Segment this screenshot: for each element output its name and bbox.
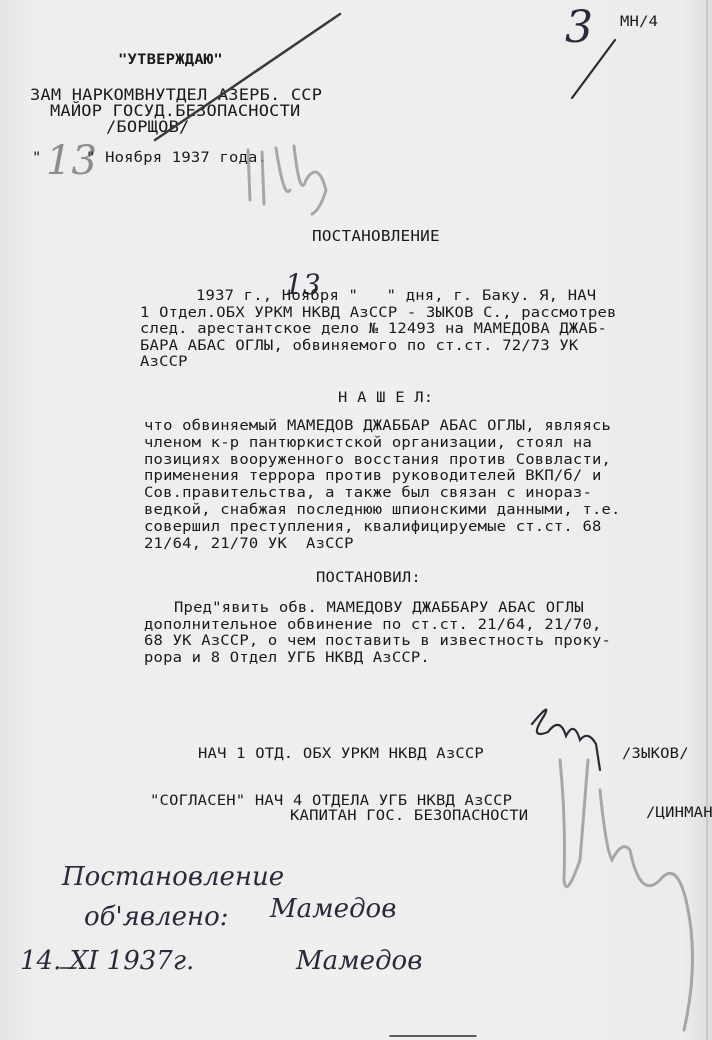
found-line: совершил преступления, квалифицируемые с…	[144, 519, 602, 535]
intro-line: БАРА АБАС ОГЛЫ, обвиняемого по ст.ст. 72…	[140, 338, 578, 354]
signatory2-name: /ЦИНМАН	[646, 805, 712, 821]
resolved-heading: ПОСТАНОВИЛ:	[316, 570, 421, 586]
intro-line: след. арестантское дело № 12493 на МАМЕД…	[140, 321, 607, 337]
document-page: 3 МН/4 "УТВЕРЖДАЮ" ЗАМ НАРКОМВНУТДЕЛ АЗЕ…	[0, 0, 712, 1040]
found-line: Сов.правительства, а также был связан с …	[144, 485, 592, 501]
found-line: ведкой, снабжая последнюю шпионскими дан…	[144, 502, 621, 518]
note-line1: Постановление	[62, 862, 284, 892]
note-line2: об'явлено:	[84, 902, 229, 932]
intro-line: 1937 г., Ноября " " дня, г. Баку. Я, НАЧ	[196, 288, 596, 304]
intro-line: АзССР	[140, 354, 188, 370]
resolved-line: дополнительное обвинение по ст.ст. 21/64…	[144, 617, 602, 633]
tsinman-signature	[560, 760, 693, 1030]
resolved-line: Пред"явить обв. МАМЕДОВУ ДЖАББАРУ АБАС О…	[174, 600, 584, 616]
approval-date-quote: "	[32, 150, 42, 166]
found-line: что обвиняемый МАМЕДОВ ДЖАББАР АБАС ОГЛЫ…	[144, 418, 611, 434]
intro-line: 1 Отдел.ОБХ УРКМ НКВД АзССР - ЗЫКОВ С., …	[140, 305, 617, 321]
page-edge	[706, 0, 708, 1040]
document-title: ПОСТАНОВЛЕНИЕ	[312, 228, 440, 244]
signatory2-rank: КАПИТАН ГОС. БЕЗОПАСНОСТИ	[290, 808, 528, 824]
resolved-line: 68 УК АзССР, о чем поставить в известнос…	[144, 633, 611, 649]
signatory1-title: НАЧ 1 ОТД. ОБХ УРКМ НКВД АзССР	[198, 746, 484, 762]
approver-name: /БОРЩОВ/	[106, 120, 189, 136]
note-date: 14. XI 1937г.	[20, 946, 194, 976]
resolved-line: рора и 8 Отдел УГБ НКВД АзССР.	[144, 650, 430, 666]
found-line: 21/64, 21/70 УК АзССР	[144, 536, 354, 552]
found-line: членом к-р пантюркистской организации, с…	[144, 435, 592, 451]
found-heading: Н А Ш Е Л:	[338, 390, 433, 406]
sheet-number: 3	[565, 2, 593, 53]
found-line: применения террора против руководителей …	[144, 468, 602, 484]
approve-label: "УТВЕРЖДАЮ"	[118, 52, 223, 68]
archive-mark: МН/4	[620, 14, 658, 30]
accused-signature-2: Мамедов	[296, 946, 422, 976]
signatory1-name: /ЗЫКОВ/	[622, 746, 689, 762]
accused-signature-1: Мамедов	[270, 894, 396, 924]
zykov-signature	[532, 710, 600, 770]
approval-date: " Ноября 1937 года.	[86, 150, 267, 166]
found-line: позициях вооруженного восстания против С…	[144, 452, 611, 468]
